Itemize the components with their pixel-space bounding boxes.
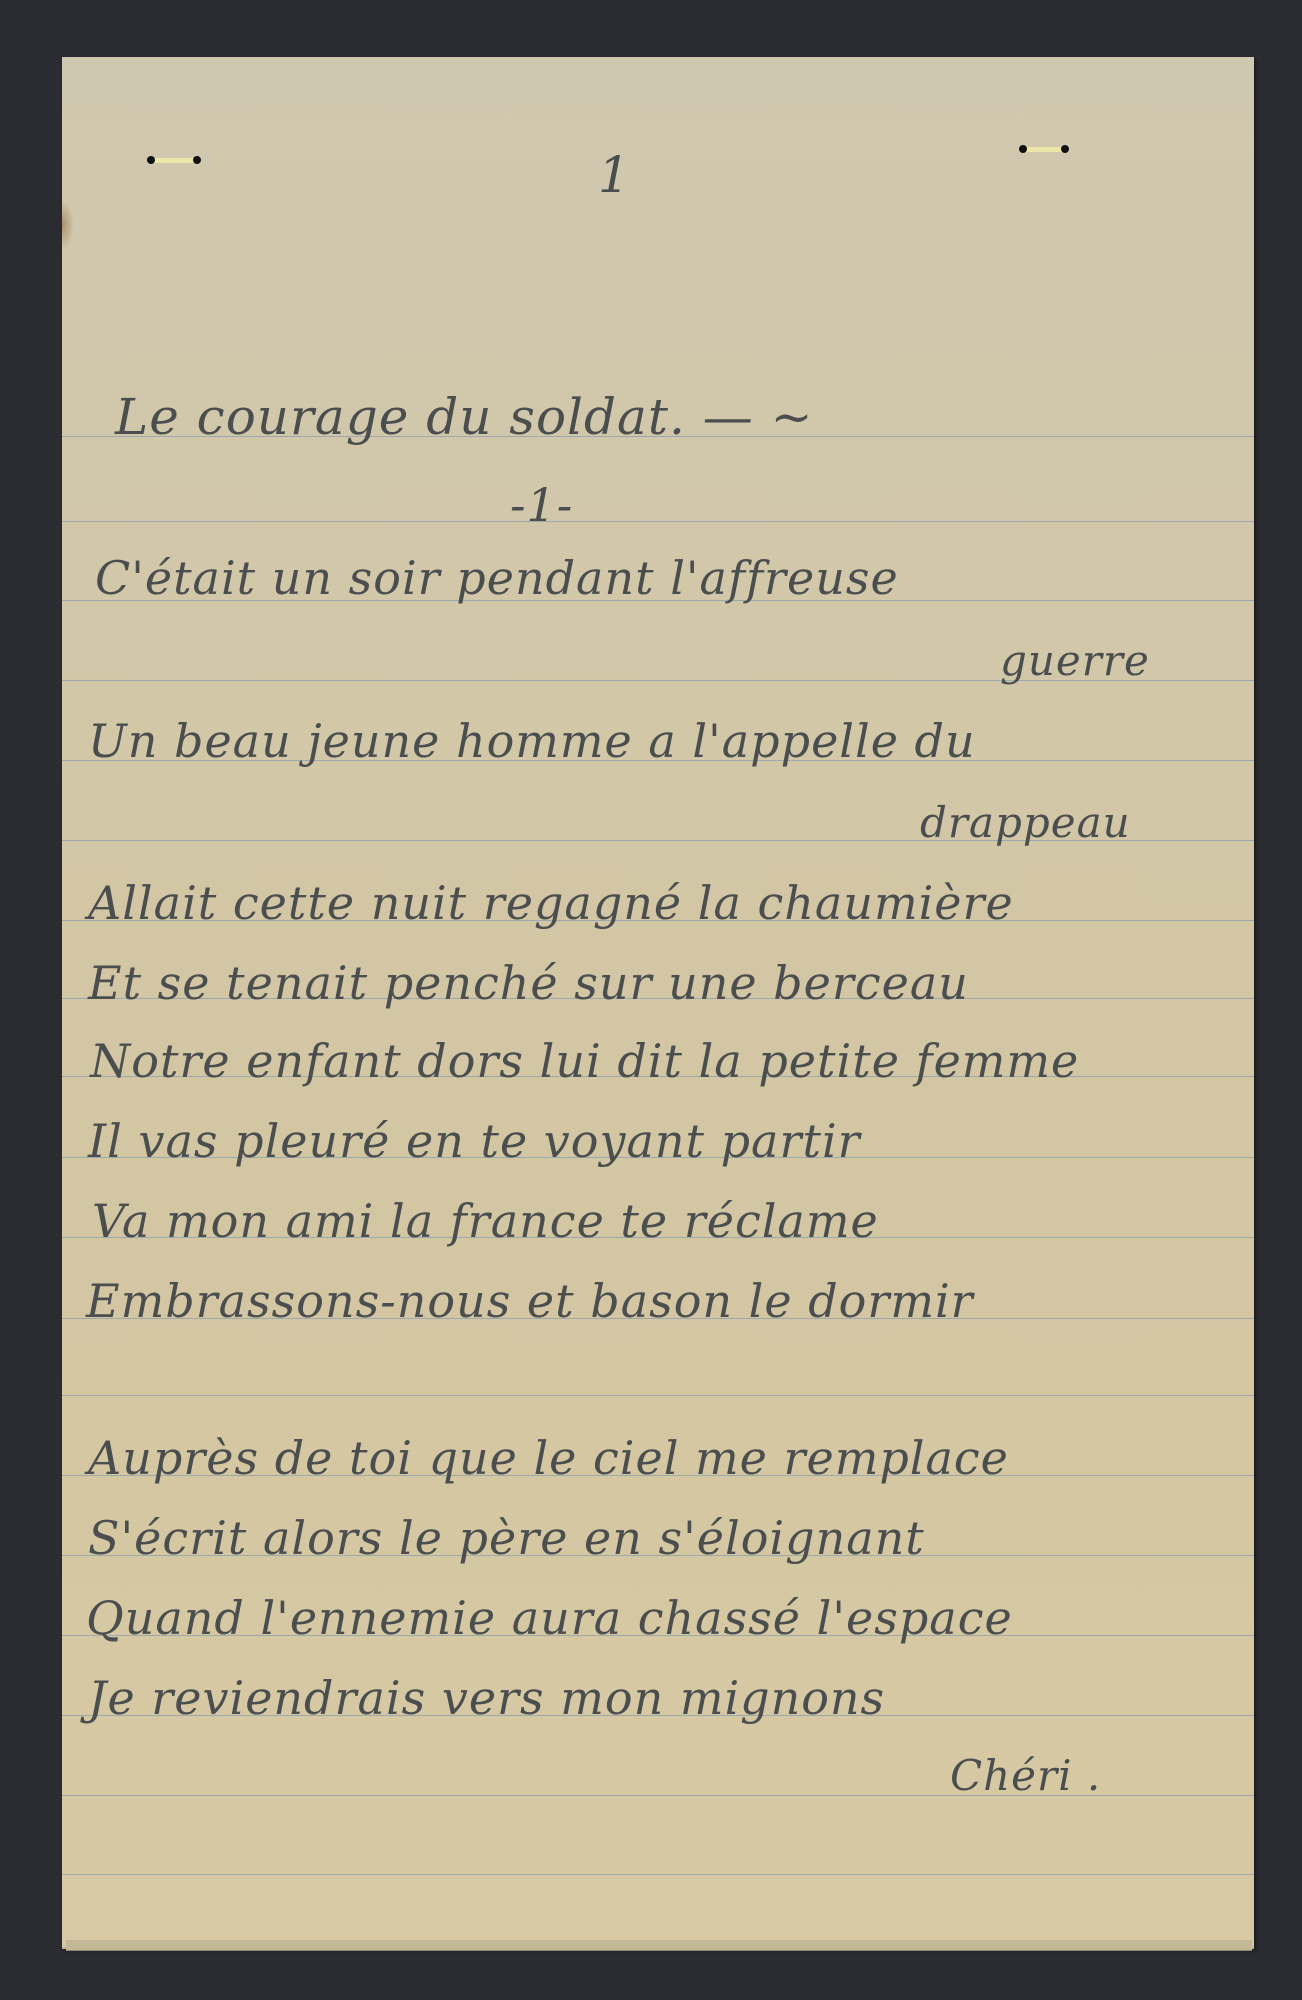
poem-line: Auprès de toi que le ciel me remplace xyxy=(88,1435,1009,1481)
poem-line: Et se tenait penché sur une berceau xyxy=(88,960,969,1006)
page-number: 1 xyxy=(598,150,631,200)
ruled-line xyxy=(62,521,1254,522)
ruled-line xyxy=(62,1874,1254,1875)
poem-line: Un beau jeune homme a l'appelle du xyxy=(88,718,976,764)
staple-left-icon xyxy=(150,158,198,163)
poem-line: Je reviendrais vers mon mignons xyxy=(88,1675,885,1721)
poem-line: Va mon ami la france te réclame xyxy=(92,1198,879,1244)
poem-line: Allait cette nuit regagné la chaumière xyxy=(88,880,1014,926)
poem-line: Notre enfant dors lui dit la petite femm… xyxy=(90,1038,1079,1084)
poem-line: drappeau xyxy=(920,802,1131,844)
staple-right-icon xyxy=(1022,147,1066,152)
stanza-marker: -1- xyxy=(510,482,573,528)
poem-line: Il vas pleuré en te voyant partir xyxy=(88,1118,861,1164)
poem-line: Quand l'ennemie aura chassé l'espace xyxy=(86,1595,1013,1641)
poem-line-signoff: Chéri . xyxy=(950,1755,1101,1797)
poem-line: C'était un soir pendant l'affreuse xyxy=(95,555,899,601)
poem-title: Le courage du soldat. — ~ xyxy=(115,392,814,442)
poem-line: S'écrit alors le père en s'éloignant xyxy=(88,1515,925,1561)
paper-stain xyxy=(62,200,74,250)
poem-line: Embrassons-nous et bason le dormir xyxy=(86,1278,974,1324)
poem-line: guerre xyxy=(1000,640,1150,682)
paper-underside-edge xyxy=(66,1940,1252,1951)
ruled-line xyxy=(62,1395,1254,1396)
